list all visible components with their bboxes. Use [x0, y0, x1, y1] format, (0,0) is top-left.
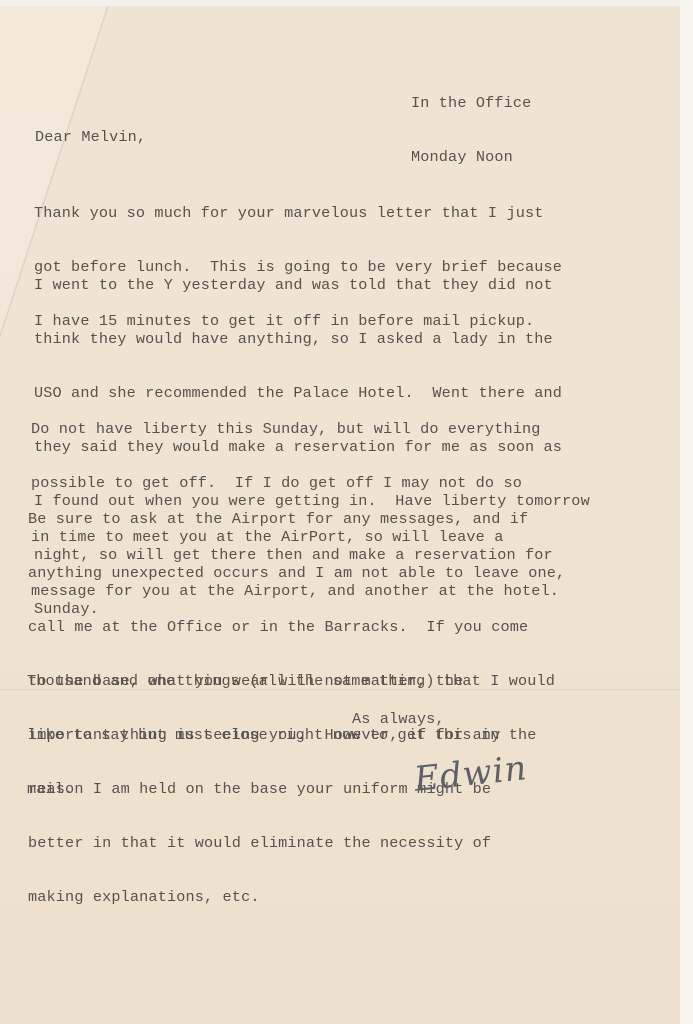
text-line: call me at the Office or in the Barracks… — [28, 618, 565, 636]
text-line: making explanations, etc. — [28, 888, 565, 906]
scan-border-right — [680, 0, 693, 1024]
header-line: Monday Noon — [411, 148, 531, 166]
salutation: Dear Melvin, — [35, 128, 146, 146]
text-line: I went to the Y yesterday and was told t… — [34, 276, 590, 294]
text-line: Thousand and one things (all the same th… — [27, 672, 555, 690]
closing: As always, — [352, 710, 445, 728]
header-line: In the Office — [411, 94, 531, 112]
paragraph-5: Thousand and one things (all the same th… — [27, 636, 555, 834]
text-line: Do not have liberty this Sunday, but wil… — [31, 420, 559, 438]
text-line: better in that it would eliminate the ne… — [28, 834, 565, 852]
scan-border-top — [0, 0, 693, 6]
text-line: think they would have anything, so I ask… — [34, 330, 590, 348]
text-line: Thank you so much for your marvelous let… — [34, 204, 562, 222]
text-line: Be sure to ask at the Airport for any me… — [28, 510, 565, 528]
text-line: like to say but must close right now to … — [27, 726, 555, 744]
letter-paper: In the Office Monday Noon Dear Melvin, T… — [0, 6, 680, 1024]
text-line: anything unexpected occurs and I am not … — [28, 564, 565, 582]
